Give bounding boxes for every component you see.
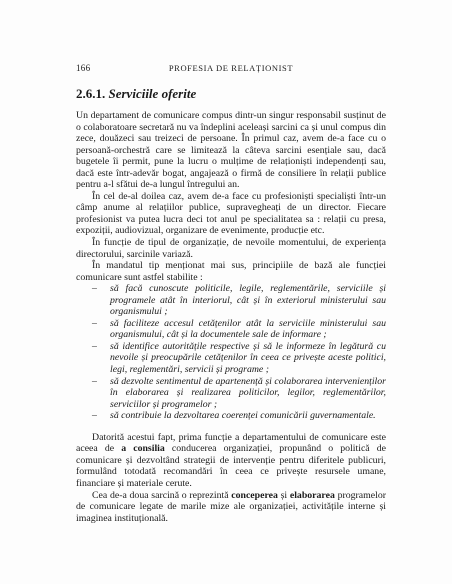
running-title: PROFESIA DE RELAȚIONIST — [76, 63, 386, 73]
principles-list: să facă cunoscute politicile, legile, re… — [76, 283, 386, 422]
list-item: să facă cunoscute politicile, legile, re… — [92, 283, 386, 318]
emphasis: conceperea — [231, 490, 278, 501]
section-number: 2.6.1. — [76, 86, 105, 101]
section-title: Serviciile oferite — [109, 86, 197, 101]
paragraph: În mandatul tip menționat mai sus, princ… — [76, 260, 386, 283]
paragraph: Un departament de comunicare compus dint… — [76, 110, 386, 191]
paragraph: Cea de-a doua sarcină o reprezintă conce… — [76, 490, 386, 525]
paragraph: În cel de-al doilea caz, avem de-a face … — [76, 191, 386, 237]
body-text: Un departament de comunicare compus dint… — [76, 110, 386, 524]
list-item: să identifice autoritățile respective și… — [92, 341, 386, 376]
paragraph: Datorită acestui fapt, prima funcție a d… — [76, 432, 386, 490]
book-page: 166 PROFESIA DE RELAȚIONIST 2.6.1. Servi… — [0, 0, 452, 584]
paragraph: În funcție de tipul de organizație, de n… — [76, 237, 386, 260]
emphasis: a consilia — [121, 443, 165, 454]
list-item: să faciliteze accesul cetățenilor atât l… — [92, 318, 386, 341]
section-heading: 2.6.1. Serviciile oferite — [76, 86, 196, 102]
emphasis: elaborarea — [290, 490, 335, 501]
list-item: să contribuie la dezvoltarea coerenței c… — [92, 410, 386, 422]
list-item: să dezvolte sentimentul de apartenență ș… — [92, 376, 386, 411]
